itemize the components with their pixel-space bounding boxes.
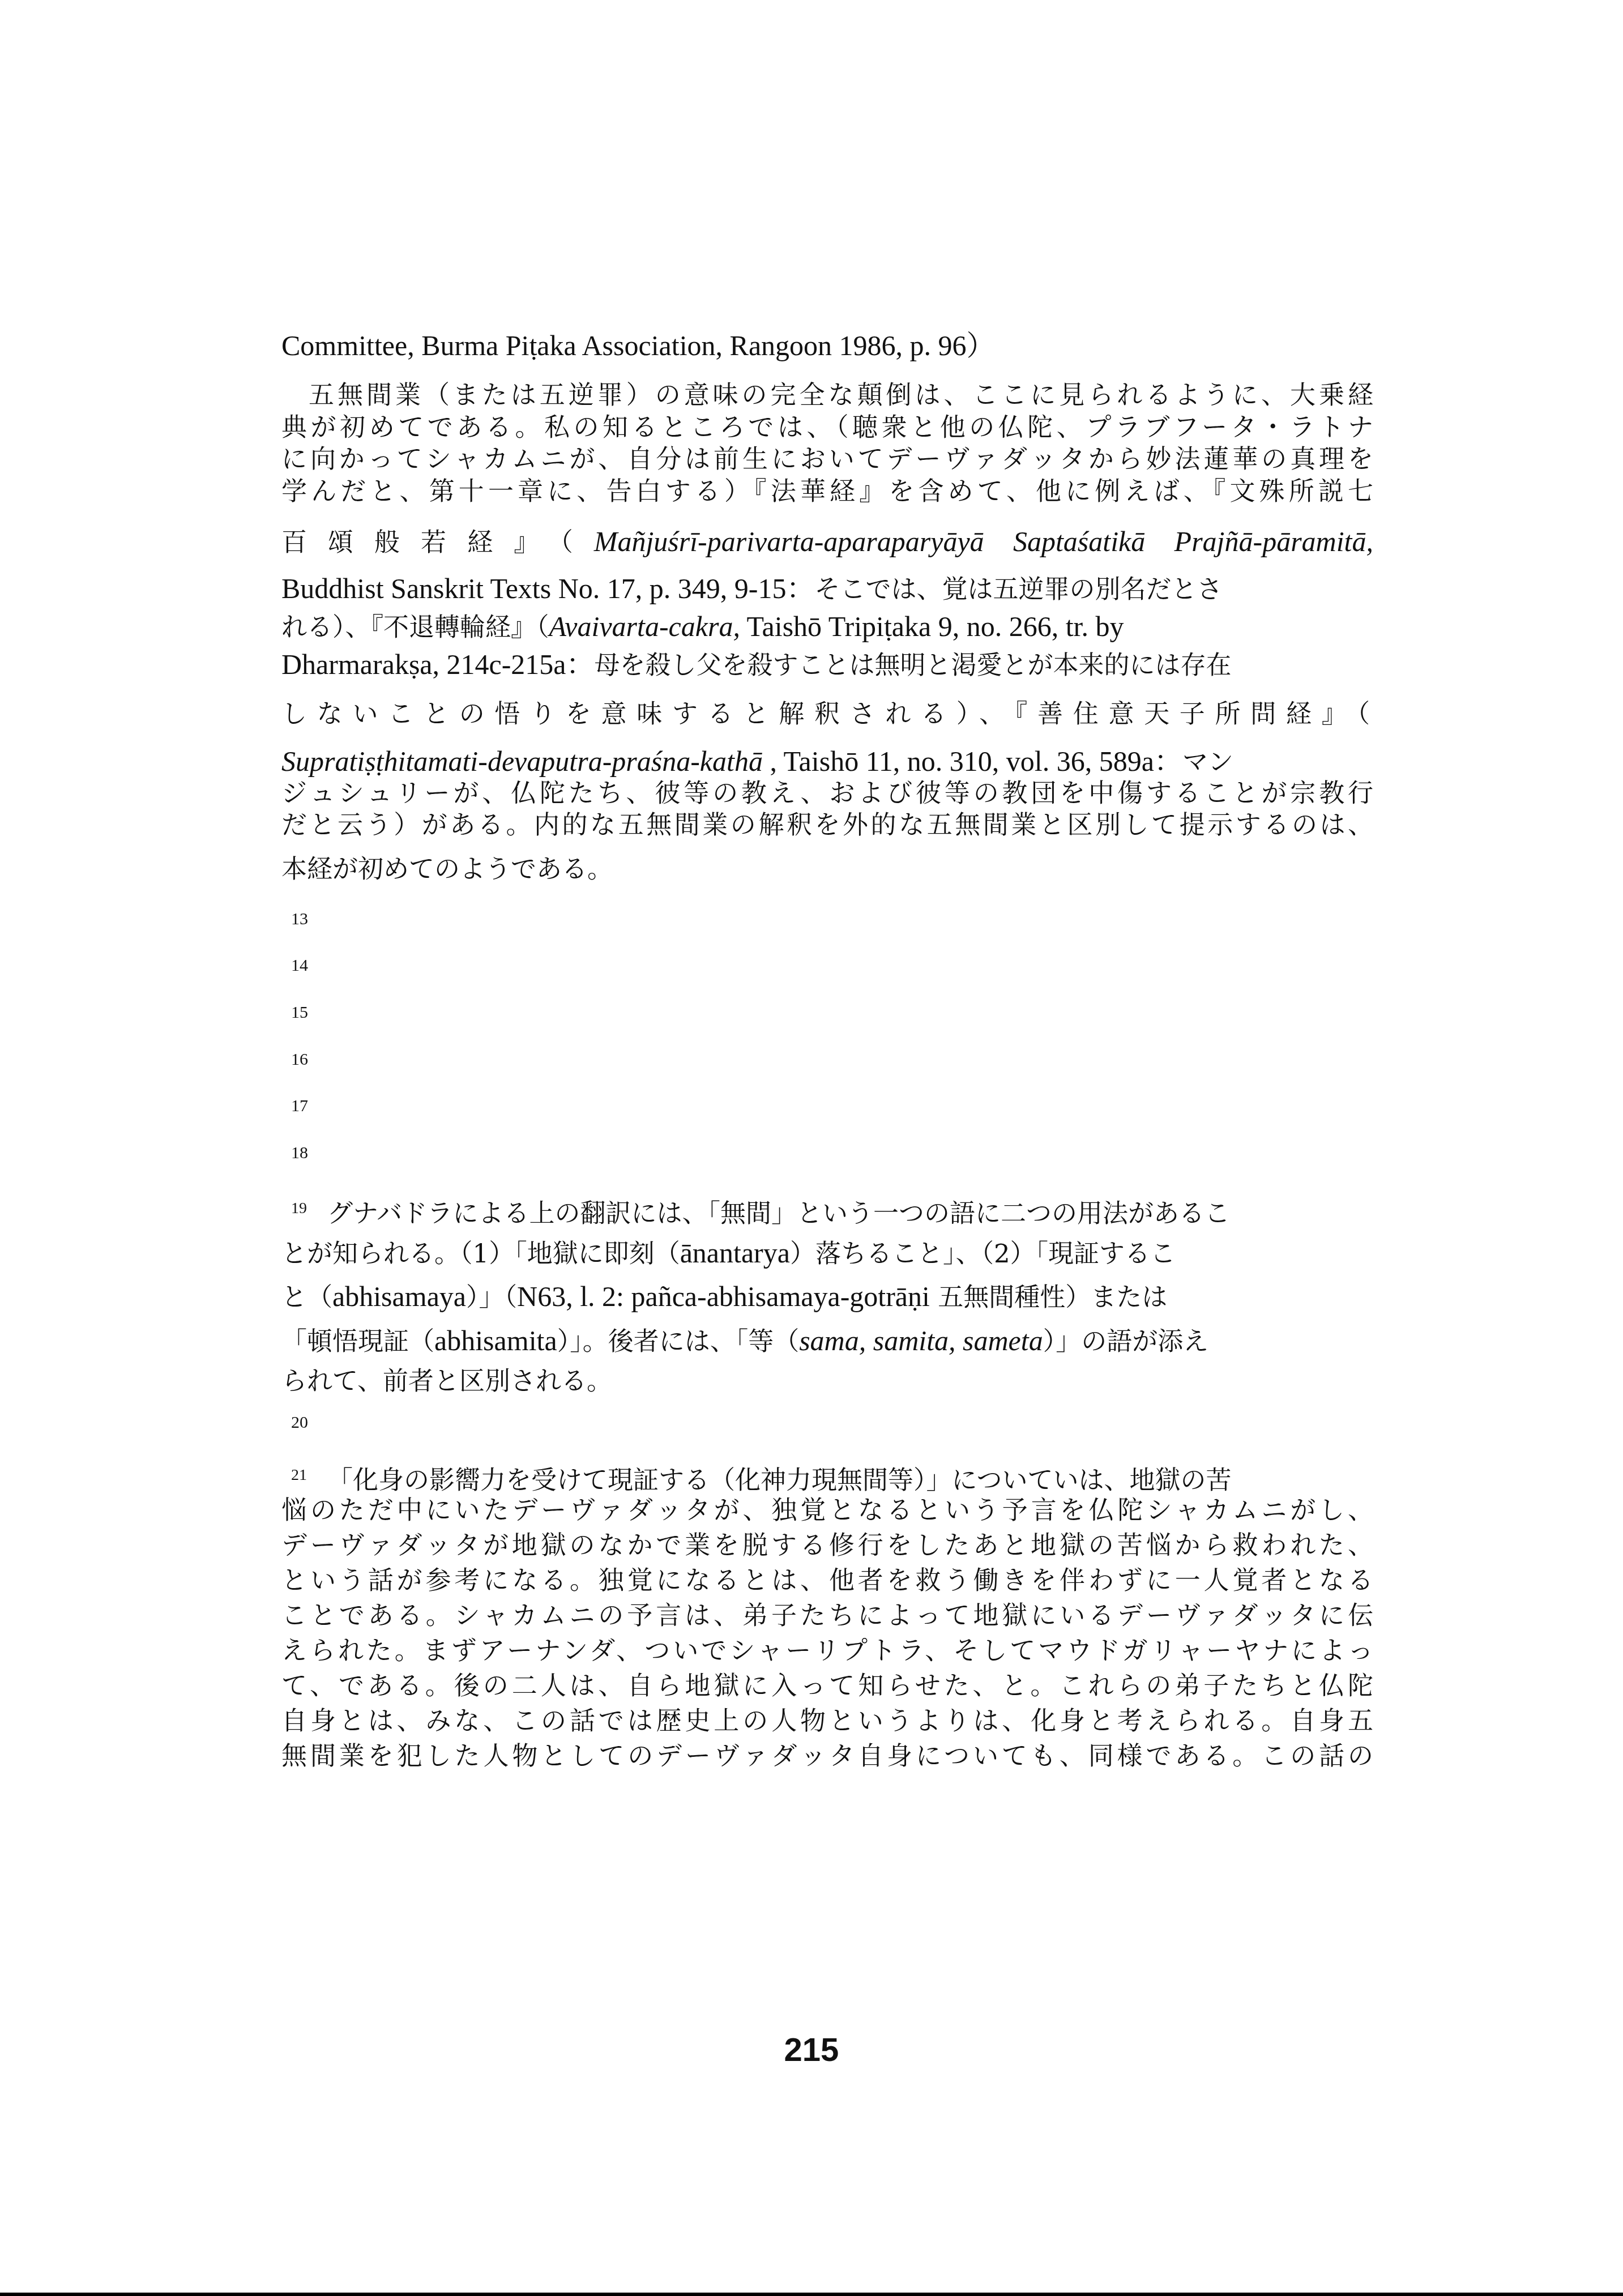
footnote-19-line: られて、前者と区別される。 xyxy=(281,1365,1373,1397)
footnote-number: 16 xyxy=(291,1049,308,1070)
citation-continuation: Committee, Burma Piṭaka Association, Ran… xyxy=(281,330,1373,361)
text-jp: グナバドラによる上の翻訳には、「無間」という一つの語に二つの用法があるこ xyxy=(327,1198,1230,1228)
footnote-19-line: とが知られる。（1）「地獄に即刻（ānantarya）落ちること」、（2）「現証… xyxy=(281,1237,1373,1269)
text-jp: マン xyxy=(1182,747,1233,777)
paragraph-line: 典が初めてである。私の知るところでは、（聴衆と他の仏陀、プラブフータ・ラトナ xyxy=(281,412,1373,443)
paragraph-line: 百頌般若経』（Mañjuśrī-parivarta-aparaparyāyā S… xyxy=(281,526,1373,557)
citation: N63, l. 2: pañca-abhisamaya-gotrāṇi xyxy=(517,1281,930,1312)
citation: Buddhist Sanskrit Texts No. 17, p. 349, … xyxy=(281,573,814,604)
footnote-21-line: デーヴァダッタが地獄のなかで業を脱する修行をしたあと地獄の苦悩から救われた、 xyxy=(281,1530,1373,1561)
paragraph-line: しないことの悟りを意味すると解釈される）、『善住意天子所問経』（ xyxy=(281,698,1373,730)
citation: , Taishō 11, no. 310, vol. 36, 589a： xyxy=(763,745,1182,777)
sanskrit-term: abhisamaya xyxy=(332,1281,466,1312)
text-jp: 百頌般若経』（ xyxy=(281,527,594,557)
footnote-21-line: えられた。まずアーナンダ、ついでシャーリプトラ、そしてマウドガリャーヤナによっ xyxy=(281,1635,1373,1667)
citation: Taishō Tripiṭaka 9, no. 266, tr. by xyxy=(740,611,1124,642)
footnote-number: 14 xyxy=(291,955,308,976)
text-jp: 「頓悟現証（ xyxy=(281,1326,434,1356)
sanskrit-title: Mañjuśrī-parivarta-aparaparyāyā xyxy=(594,526,984,557)
text-jp: 母を殺し父を殺すことは無明と渇愛とが本来的には存在 xyxy=(595,650,1232,680)
text-jp: そこでは、覚は五逆罪の別名だとさ xyxy=(814,574,1222,604)
paragraph-line: れる）、『不退轉輪経』（Avaivarta-cakra, Taishō Trip… xyxy=(281,611,1373,642)
citation: Dharmarakṣa, 214c-215a： xyxy=(281,648,595,680)
footnote-21-line: 無間業を犯した人物としてのデーヴァダッタ自身についても、同様である。この話の xyxy=(281,1740,1373,1772)
footnote-marker: 19 xyxy=(291,1200,307,1217)
paragraph-line: Supratiṣṭhitamati-devaputra-praśna-kathā… xyxy=(281,745,1373,777)
text-jp: 五無間種性）または xyxy=(930,1282,1167,1312)
paragraph-line: 学んだと、第十一章に、告白する）『法華経』を含めて、他に例えば、『文殊所説七 xyxy=(281,476,1373,507)
sanskrit-term: abhisamita xyxy=(434,1325,557,1356)
paragraph-line: 五無間業（または五逆罪）の意味の完全な顛倒は、ここに見られるように、大乗経 xyxy=(281,379,1373,411)
sanskrit-title: Supratiṣṭhitamati-devaputra-praśna-kathā xyxy=(281,745,763,777)
sanskrit-title: Saptaśatikā xyxy=(1013,526,1145,557)
footnote-19-line: 「頓悟現証（abhisamita）」。後者には、「等（sama, samita,… xyxy=(281,1325,1373,1356)
paragraph-line: に向かってシャカムニが、自分は前生においてデーヴァダッタから妙法蓮華の真理を xyxy=(281,443,1373,475)
footnote-21-line: て、である。後の二人は、自ら地獄に入って知らせた、と。これらの弟子たちと仏陀 xyxy=(281,1670,1373,1702)
sanskrit-term: sama, samita, sameta xyxy=(799,1325,1043,1356)
footnote-21-line: ことである。シャカムニの予言は、弟子たちによって地獄にいるデーヴァダッタに伝 xyxy=(281,1600,1373,1632)
paragraph-line: Dharmarakṣa, 214c-215a：母を殺し父を殺すことは無明と渇愛と… xyxy=(281,648,1373,680)
footnote-21-line: という話が参考になる。独覚になるとは、他者を救う働きを伴わずに一人覚者となる xyxy=(281,1565,1373,1597)
footnote-21-line: 悩のただ中にいたデーヴァダッタが、独覚となるという予言を仏陀シャカムニがし、 xyxy=(281,1495,1373,1526)
text-jp: とが知られる。（1）「地獄に即刻（ xyxy=(281,1239,680,1269)
scan-edge-band xyxy=(0,2293,1623,2296)
text-jp: 「化身の影嚮力を受けて現証する（化神力現無間等）」についていは、地獄の苦 xyxy=(327,1465,1232,1495)
footnote-number: 13 xyxy=(291,909,308,929)
text-jp: ）」。後者には、「等（ xyxy=(557,1326,800,1356)
footnote-21-line: 自身とは、みな、この話では歴史上の人物というよりは、化身と考えられる。自身五 xyxy=(281,1705,1373,1737)
sanskrit-title: Prajñā-pāramitā, xyxy=(1174,526,1373,557)
text-jp: ）」（ xyxy=(466,1282,517,1312)
footnote-19-line: と（abhisamaya）」（N63, l. 2: pañca-abhisama… xyxy=(281,1281,1373,1312)
footnote-number: 17 xyxy=(291,1096,308,1116)
footnote-marker: 21 xyxy=(291,1466,307,1484)
text-jp: ）落ちること」、（2）「現証するこ xyxy=(790,1239,1176,1269)
text-jp: ）」の語が添え xyxy=(1043,1326,1209,1356)
footnote-21-line: 21「化身の影嚮力を受けて現証する（化神力現無間等）」についていは、地獄の苦 xyxy=(291,1459,1373,1491)
paragraph-line: Buddhist Sanskrit Texts No. 17, p. 349, … xyxy=(281,573,1373,604)
sanskrit-title: Avaivarta-cakra, xyxy=(549,611,740,642)
page-number: 215 xyxy=(0,2033,1623,2067)
sanskrit-term: ānantarya xyxy=(680,1237,790,1269)
footnote-number: 18 xyxy=(291,1143,308,1163)
footnote-number: 15 xyxy=(291,1002,308,1023)
text-jp: れる）、『不退轉輪経』（ xyxy=(281,612,549,642)
footnote-number: 20 xyxy=(291,1412,308,1433)
footnote-19-line: 19グナバドラによる上の翻訳には、「無間」という一つの語に二つの用法があるこ xyxy=(291,1193,1373,1224)
paragraph-line: ジュシュリーが、仏陀たち、彼等の教え、および彼等の教団を中傷することが宗教行 xyxy=(281,778,1373,809)
paragraph-line: 本経が初めてのようである。 xyxy=(281,853,1373,885)
paragraph-line: だと云う）がある。内的な五無間業の解釈を外的な五無間業と区別して提示するのは、 xyxy=(281,809,1373,841)
text-jp: と（ xyxy=(281,1282,332,1312)
